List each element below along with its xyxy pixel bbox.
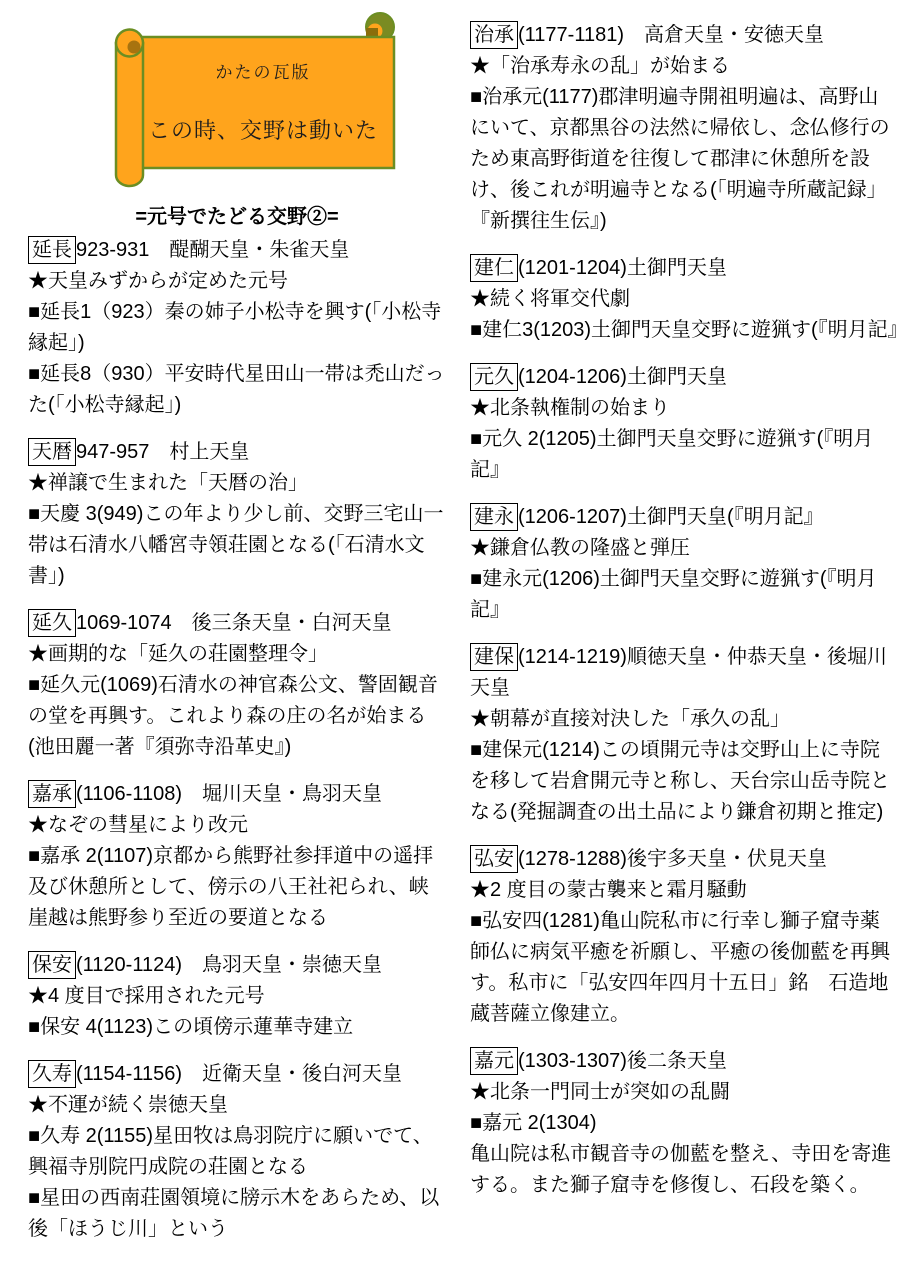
era-name-box: 嘉元: [470, 1047, 518, 1075]
era-summary-line: ★禅譲で生まれた「天暦の治」: [28, 468, 446, 499]
era-summary-line: ★不運が続く崇徳天皇: [28, 1090, 446, 1121]
era-section: 建保(1214-1219)順徳天皇・仲恭天皇・後堀川天皇★朝幕が直接対決した「承…: [470, 642, 898, 828]
era-info-text: 923-931 醍醐天皇・朱雀天皇: [76, 239, 349, 261]
era-section: 久寿(1154-1156) 近衛天皇・後白河天皇★不運が続く崇徳天皇■久寿 2(…: [28, 1059, 446, 1245]
era-summary-line: ★画期的な「延久の荘園整理令」: [28, 639, 446, 670]
era-name-box: 建保: [470, 643, 518, 671]
era-event-line: ■延長8（930）平安時代星田山一帯は禿山だった(「小松寺縁起」): [28, 359, 446, 421]
era-name-box: 建永: [470, 503, 518, 531]
left-column-sections: 延長923-931 醍醐天皇・朱雀天皇★天皇みずからが定めた元号■延長1（923…: [28, 235, 446, 1245]
era-event-line: 亀山院は私市観音寺の伽藍を整え、寺田を寄進する。また獅子窟寺を修復し、石段を築く…: [470, 1139, 898, 1201]
left-column: =元号でたどる交野②= 延長923-931 醍醐天皇・朱雀天皇★天皇みずからが定…: [28, 202, 446, 1245]
era-summary-line: ★鎌倉仏教の隆盛と弾圧: [470, 533, 898, 564]
era-name-box: 延長: [28, 236, 76, 264]
era-summary-line: ★「治承寿永の乱」が始まる: [470, 51, 898, 82]
era-name-box: 延久: [28, 609, 76, 637]
era-heading-line: 建仁(1201-1204)土御門天皇: [470, 253, 898, 284]
era-event-line: ■延久元(1069)石清水の神官森公文、警固観音の堂を再興す。これより森の庄の名…: [28, 670, 446, 763]
era-info-text: 947-957 村上天皇: [76, 441, 249, 463]
right-column-sections: 治承(1177-1181) 高倉天皇・安徳天皇★「治承寿永の乱」が始まる■治承元…: [470, 20, 898, 1201]
scroll-banner-graphic: [108, 10, 406, 196]
era-info-text: (1206-1207)土御門天皇(『明月記』: [518, 506, 824, 528]
era-name-box: 久寿: [28, 1060, 76, 1088]
era-name-box: 治承: [470, 21, 518, 49]
era-event-line: ■建永元(1206)土御門天皇交野に遊猟す(『明月記』: [470, 564, 898, 626]
era-summary-line: ★北条一門同士が突如の乱闘: [470, 1077, 898, 1108]
era-summary-line: ★4 度目で採用された元号: [28, 981, 446, 1012]
era-info-text: 1069-1074 後三条天皇・白河天皇: [76, 612, 392, 634]
era-info-text: (1120-1124) 鳥羽天皇・崇徳天皇: [76, 954, 382, 976]
era-event-line: ■星田の西南荘園領境に牓示木をあらため、以後「ほうじ川」という: [28, 1183, 446, 1245]
era-section: 建仁(1201-1204)土御門天皇★続く将軍交代劇■建仁3(1203)土御門天…: [470, 253, 898, 346]
era-summary-line: ★天皇みずからが定めた元号: [28, 266, 446, 297]
era-summary-line: ★2 度目の蒙古襲来と霜月騒動: [470, 875, 898, 906]
era-info-text: (1201-1204)土御門天皇: [518, 257, 727, 279]
era-section: 延長923-931 醍醐天皇・朱雀天皇★天皇みずからが定めた元号■延長1（923…: [28, 235, 446, 421]
era-section: 嘉元(1303-1307)後二条天皇★北条一門同士が突如の乱闘■嘉元 2(130…: [470, 1046, 898, 1201]
era-name-box: 弘安: [470, 845, 518, 873]
era-name-box: 保安: [28, 951, 76, 979]
banner-title: かたの瓦版: [132, 58, 394, 83]
era-event-line: ■久寿 2(1155)星田牧は鳥羽院庁に願いでて、興福寺別院円成院の荘園となる: [28, 1121, 446, 1183]
scroll-banner: かたの瓦版 この時、交野は動いた: [108, 10, 406, 196]
era-event-line: ■延長1（923）秦の姉子小松寺を興す(「小松寺縁起」): [28, 297, 446, 359]
document-page: かたの瓦版 この時、交野は動いた =元号でたどる交野②= 延長923-931 醍…: [0, 0, 916, 1280]
era-info-text: (1278-1288)後宇多天皇・伏見天皇: [518, 848, 827, 870]
era-section: 保安(1120-1124) 鳥羽天皇・崇徳天皇★4 度目で採用された元号■保安 …: [28, 950, 446, 1043]
era-event-line: ■嘉承 2(1107)京都から熊野社参拝道中の遥拝及び休憩所として、傍示の八王社…: [28, 841, 446, 934]
era-info-text: (1106-1108) 堀川天皇・鳥羽天皇: [76, 783, 382, 805]
era-heading-line: 治承(1177-1181) 高倉天皇・安徳天皇: [470, 20, 898, 51]
page-heading: =元号でたどる交野②=: [28, 202, 446, 233]
era-section: 嘉承(1106-1108) 堀川天皇・鳥羽天皇★なぞの彗星により改元■嘉承 2(…: [28, 779, 446, 934]
era-section: 弘安(1278-1288)後宇多天皇・伏見天皇★2 度目の蒙古襲来と霜月騒動■弘…: [470, 844, 898, 1030]
era-event-line: ■保安 4(1123)この頃傍示蓮華寺建立: [28, 1012, 446, 1043]
banner-subtitle: この時、交野は動いた: [132, 114, 394, 145]
era-heading-line: 嘉承(1106-1108) 堀川天皇・鳥羽天皇: [28, 779, 446, 810]
era-event-line: ■治承元(1177)郡津明遍寺開祖明遍は、高野山にいて、京都黒谷の法然に帰依し、…: [470, 82, 898, 237]
scroll-left-curl-inner: [128, 41, 141, 54]
scroll-panel: [128, 37, 394, 168]
era-summary-line: ★続く将軍交代劇: [470, 284, 898, 315]
era-section: 延久1069-1074 後三条天皇・白河天皇★画期的な「延久の荘園整理令」■延久…: [28, 608, 446, 763]
era-heading-line: 建保(1214-1219)順徳天皇・仲恭天皇・後堀川天皇: [470, 642, 898, 704]
era-heading-line: 嘉元(1303-1307)後二条天皇: [470, 1046, 898, 1077]
era-event-line: ■建保元(1214)この頃開元寺は交野山上に寺院を移して岩倉開元寺と称し、天台宗…: [470, 735, 898, 828]
era-heading-line: 弘安(1278-1288)後宇多天皇・伏見天皇: [470, 844, 898, 875]
era-heading-line: 延久1069-1074 後三条天皇・白河天皇: [28, 608, 446, 639]
era-heading-line: 保安(1120-1124) 鳥羽天皇・崇徳天皇: [28, 950, 446, 981]
era-info-text: (1214-1219)順徳天皇・仲恭天皇・後堀川天皇: [470, 646, 887, 699]
right-column: 治承(1177-1181) 高倉天皇・安徳天皇★「治承寿永の乱」が始まる■治承元…: [470, 20, 898, 1201]
era-heading-line: 延長923-931 醍醐天皇・朱雀天皇: [28, 235, 446, 266]
era-section: 元久(1204-1206)土御門天皇★北条執権制の始まり■元久 2(1205)土…: [470, 362, 898, 486]
era-event-line: ■弘安四(1281)亀山院私市に行幸し獅子窟寺薬師仏に病気平癒を祈願し、平癒の後…: [470, 906, 898, 1030]
era-heading-line: 元久(1204-1206)土御門天皇: [470, 362, 898, 393]
era-info-text: (1303-1307)後二条天皇: [518, 1050, 727, 1072]
era-event-line: ■建仁3(1203)土御門天皇交野に遊猟す(『明月記』: [470, 315, 898, 346]
era-info-text: (1154-1156) 近衛天皇・後白河天皇: [76, 1063, 402, 1085]
era-info-text: (1177-1181) 高倉天皇・安徳天皇: [518, 24, 824, 46]
era-name-box: 建仁: [470, 254, 518, 282]
era-info-text: (1204-1206)土御門天皇: [518, 366, 727, 388]
era-name-box: 天暦: [28, 438, 76, 466]
era-section: 天暦947-957 村上天皇★禅譲で生まれた「天暦の治」■天慶 3(949)この…: [28, 437, 446, 592]
era-name-box: 元久: [470, 363, 518, 391]
era-heading-line: 建永(1206-1207)土御門天皇(『明月記』: [470, 502, 898, 533]
era-summary-line: ★北条執権制の始まり: [470, 393, 898, 424]
era-section: 治承(1177-1181) 高倉天皇・安徳天皇★「治承寿永の乱」が始まる■治承元…: [470, 20, 898, 237]
era-event-line: ■元久 2(1205)土御門天皇交野に遊猟す(『明月記』: [470, 424, 898, 486]
era-summary-line: ★なぞの彗星により改元: [28, 810, 446, 841]
era-summary-line: ★朝幕が直接対決した「承久の乱」: [470, 704, 898, 735]
era-event-line: ■天慶 3(949)この年より少し前、交野三宅山一帯は石清水八幡宮寺領荘園となる…: [28, 499, 446, 592]
era-section: 建永(1206-1207)土御門天皇(『明月記』★鎌倉仏教の隆盛と弾圧■建永元(…: [470, 502, 898, 626]
era-event-line: ■嘉元 2(1304): [470, 1108, 898, 1139]
era-heading-line: 天暦947-957 村上天皇: [28, 437, 446, 468]
era-name-box: 嘉承: [28, 780, 76, 808]
era-heading-line: 久寿(1154-1156) 近衛天皇・後白河天皇: [28, 1059, 446, 1090]
